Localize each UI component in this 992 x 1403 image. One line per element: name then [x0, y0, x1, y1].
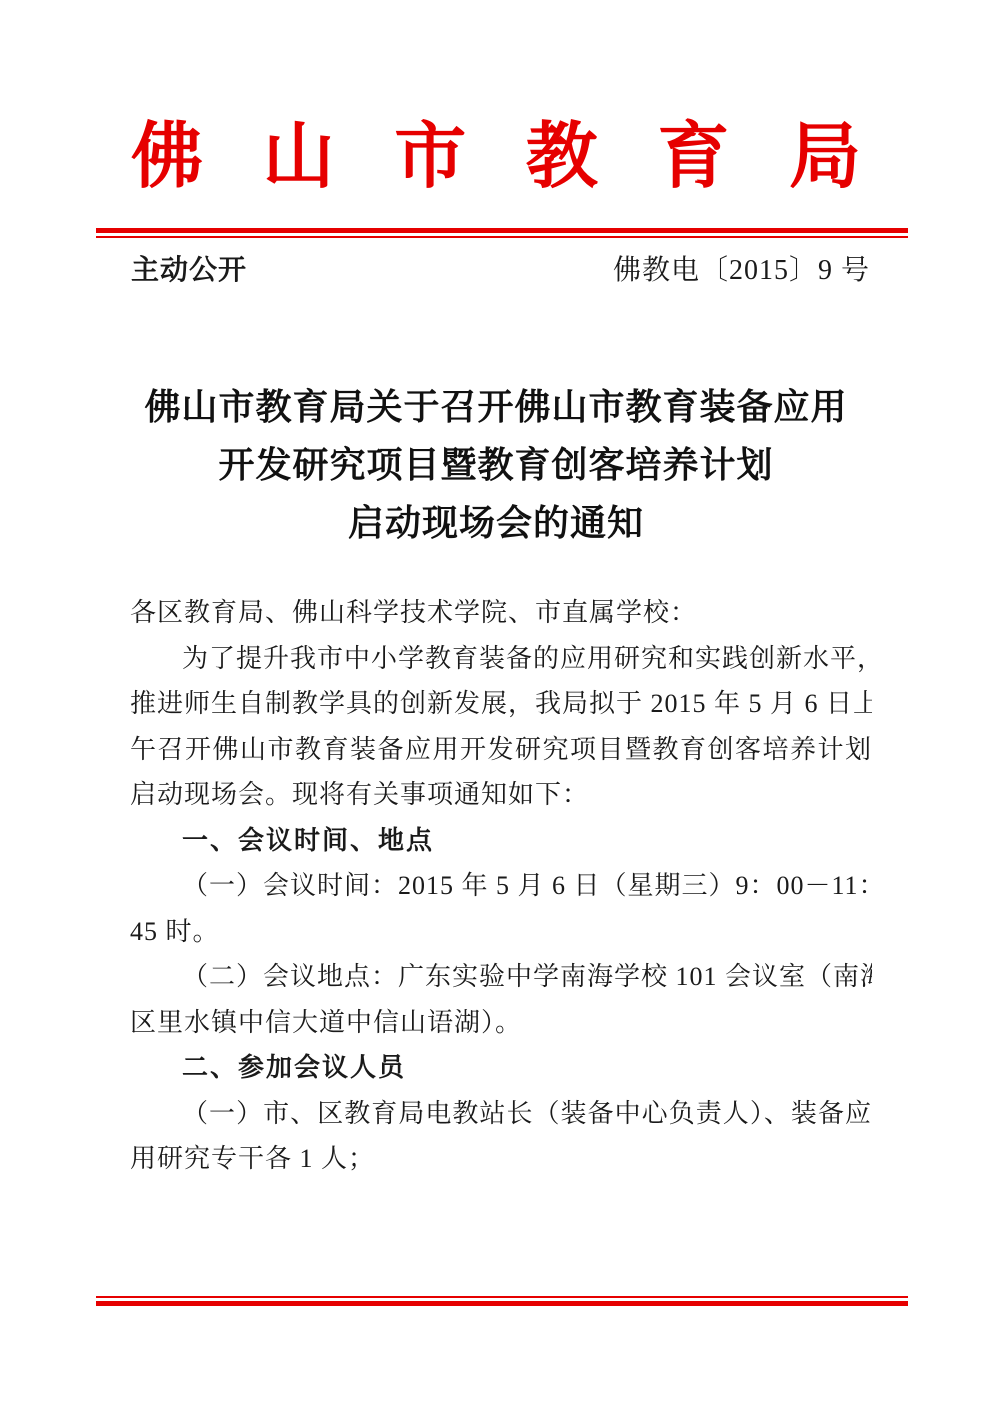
separator-thick-bar — [96, 1301, 908, 1306]
item-line: （一）市、区教育局电教站长（装备中心负责人）、装备应 — [130, 1091, 872, 1137]
notice-body: 各区教育局、佛山科学技术学院、市直属学校： 为了提升我市中小学教育装备的应用研究… — [130, 590, 872, 1182]
salutation-line: 各区教育局、佛山科学技术学院、市直属学校： — [130, 590, 872, 636]
agency-char: 局 — [789, 118, 861, 197]
notice-title-line: 佛山市教育局关于召开佛山市教育装备应用 — [0, 378, 992, 436]
notice-title-line: 开发研究项目暨教育创客培养计划 — [0, 436, 992, 494]
footer-separator-rule — [96, 1296, 908, 1306]
agency-char: 市 — [394, 118, 466, 197]
publicity-label: 主动公开 — [131, 252, 247, 288]
paragraph-line: 为了提升我市中小学教育装备的应用研究和实践创新水平， — [130, 636, 872, 682]
paragraph-line: 启动现场会。现将有关事项通知如下： — [130, 772, 872, 818]
document-number: 佛教电〔2015〕9 号 — [613, 253, 870, 289]
item-line: （一）会议时间：2015 年 5 月 6 日（星期三）9：00－11： — [130, 863, 872, 909]
section-heading-2: 二、参加会议人员 — [130, 1045, 872, 1091]
item-line: （二）会议地点：广东实验中学南海学校 101 会议室（南海 — [130, 954, 872, 1000]
item-line: 45 时。 — [130, 909, 872, 955]
agency-char: 育 — [657, 118, 729, 197]
meta-row: 主动公开 佛教电〔2015〕9 号 — [131, 252, 870, 289]
agency-masthead: 佛 山 市 教 育 局 — [131, 118, 861, 197]
separator-thin-bar — [96, 236, 908, 238]
agency-char: 佛 — [131, 118, 203, 197]
agency-char: 山 — [263, 118, 335, 197]
header-separator-rule — [96, 228, 908, 238]
document-page: 佛 山 市 教 育 局 主动公开 佛教电〔2015〕9 号 佛山市教育局关于召开… — [0, 0, 992, 1403]
notice-title: 佛山市教育局关于召开佛山市教育装备应用 开发研究项目暨教育创客培养计划 启动现场… — [0, 378, 992, 552]
item-line: 区里水镇中信大道中信山语湖）。 — [130, 1000, 872, 1046]
paragraph-line: 推进师生自制教学具的创新发展，我局拟于 2015 年 5 月 6 日上 — [130, 681, 872, 727]
notice-title-line: 启动现场会的通知 — [0, 494, 992, 552]
paragraph-line: 午召开佛山市教育装备应用开发研究项目暨教育创客培养计划 — [130, 727, 872, 773]
agency-char: 教 — [526, 118, 598, 197]
section-heading-1: 一、会议时间、地点 — [130, 818, 872, 864]
item-line: 用研究专干各 1 人； — [130, 1136, 872, 1182]
